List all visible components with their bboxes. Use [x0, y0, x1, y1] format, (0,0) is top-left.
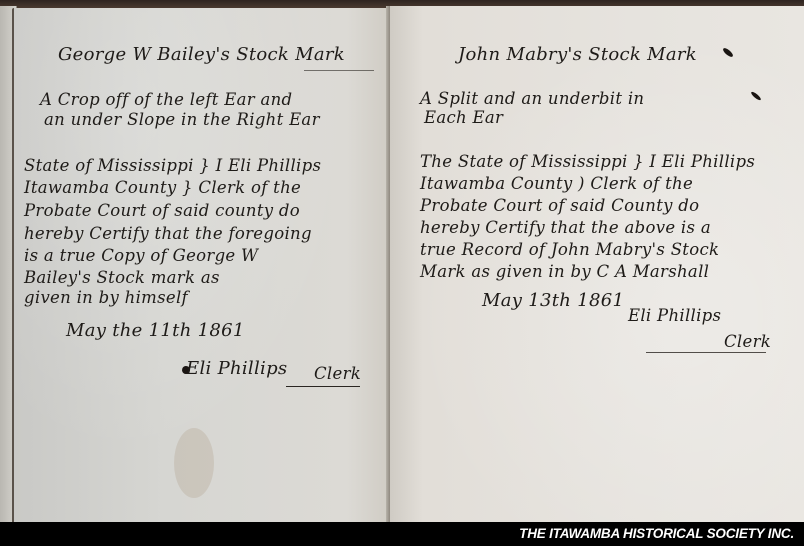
left-date: May the 11th 1861	[66, 320, 245, 341]
left-certificate-line: hereby Certify that the foregoing	[24, 224, 312, 243]
left-page: George W Bailey's Stock Mark A Crop off …	[12, 8, 392, 522]
left-description-line: A Crop off of the left Ear and	[40, 90, 292, 109]
left-certificate-line: Bailey's Stock mark as	[24, 268, 220, 287]
left-signature-title: Clerk	[314, 364, 361, 383]
title-underline	[304, 70, 374, 71]
right-date: May 13th 1861	[482, 290, 624, 311]
left-description-line: an under Slope in the Right Ear	[44, 110, 320, 129]
right-certificate-line: Mark as given in by C A Marshall	[420, 262, 709, 281]
right-signature: Eli Phillips	[628, 306, 721, 325]
right-signature-title: Clerk	[724, 332, 771, 351]
right-certificate-line: The State of Mississippi } I Eli Phillip…	[420, 152, 755, 171]
ink-mark	[750, 91, 762, 102]
right-description-line: A Split and an underbit in	[420, 89, 644, 108]
right-page-title: John Mabry's Stock Mark	[458, 44, 697, 65]
page-stain	[174, 428, 214, 498]
right-certificate-line: hereby Certify that the above is a	[420, 218, 711, 237]
book-photo: George W Bailey's Stock Mark A Crop off …	[0, 0, 804, 522]
signature-underline	[286, 386, 360, 387]
signature-underline	[646, 352, 766, 353]
right-description-line: Each Ear	[424, 108, 503, 127]
right-certificate-line: Itawamba County ) Clerk of the	[420, 174, 693, 193]
ink-mark	[722, 47, 734, 59]
left-certificate-line: given in by himself	[24, 288, 188, 307]
caption-text: THE ITAWAMBA HISTORICAL SOCIETY INC.	[519, 526, 794, 541]
left-certificate-line: Probate Court of said county do	[24, 201, 300, 220]
left-certificate-line: Itawamba County } Clerk of the	[24, 178, 301, 197]
left-signature: Eli Phillips	[186, 358, 287, 379]
left-page-title: George W Bailey's Stock Mark	[58, 44, 345, 65]
right-certificate-line: true Record of John Mabry's Stock	[420, 240, 719, 259]
left-certificate-line: State of Mississippi } I Eli Phillips	[24, 156, 321, 175]
right-certificate-line: Probate Court of said County do	[420, 196, 699, 215]
right-page: John Mabry's Stock Mark A Split and an u…	[390, 6, 804, 522]
caption-bar: THE ITAWAMBA HISTORICAL SOCIETY INC.	[0, 522, 804, 546]
left-certificate-line: is a true Copy of George W	[24, 246, 258, 265]
